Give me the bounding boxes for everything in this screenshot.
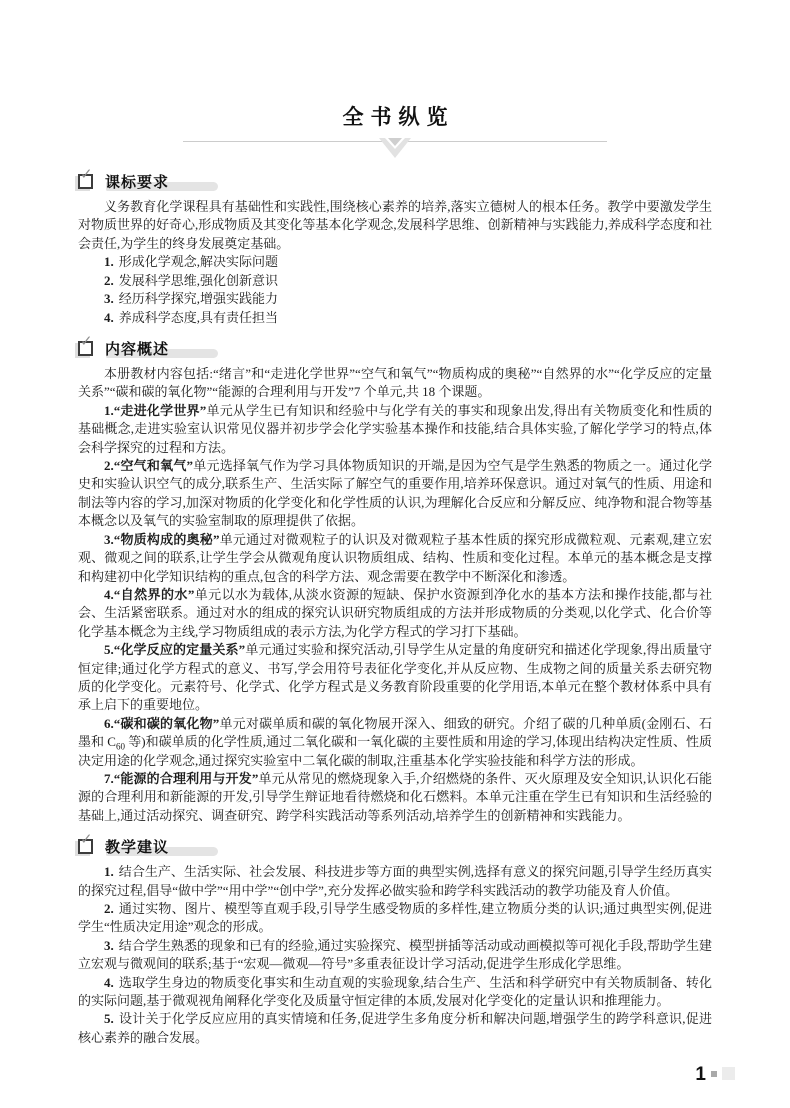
section-heading-label: 课标要求 [105,171,169,192]
checked-checkbox-icon: ✓ [78,174,93,189]
list-item: 1.形成化学观念,解决实际问题 [78,253,712,271]
paragraph-text: 选取学生身边的物质变化事实和生动直观的实验现象,结合生产、生活和科学研究中有关物… [78,975,712,1008]
list-text: 发展科学思维,强化创新意识 [119,273,278,288]
paragraph-unit-2: 2.“空气和氧气”单元选择氧气作为学习具体物质知识的开端,是因为空气是学生熟悉的… [78,457,712,531]
book-page: 全书纵览 ✓ 课标要求 义务教育化学课程具有基础性和实践性,围绕核心素养的培养,… [0,0,790,1108]
list-number: 2. [104,273,114,288]
section-heading: ✓ 教学建议 [78,836,712,857]
section-heading-label: 内容概述 [105,338,169,359]
paragraph-unit-7: 7.“能源的合理利用与开发”单元从常见的燃烧现象入手,介绍燃烧的条件、灭火原理及… [78,770,712,825]
paragraph-text: 结合生产、生活实际、社会发展、科技进步等方面的典型实例,选择有意义的探究问题,引… [78,864,712,897]
paragraph-number: 2. [104,901,114,916]
check-mark: ✓ [80,334,93,349]
paragraph-number: 4. [104,975,114,990]
section-heading: ✓ 课标要求 [78,171,712,192]
chevron-down-icon [375,138,415,162]
paragraph-suggestion-5: 5.设计关于化学反应应用的真实情境和任务,促进学生多角度分析和解决问题,增强学生… [78,1010,712,1047]
paragraph-suggestion-2: 2.通过实物、图片、模型等直观手段,引导学生感受物质的多样性,建立物质分类的认识… [78,900,712,937]
paragraph-number: 5. [104,1011,114,1026]
section-heading: ✓ 内容概述 [78,338,712,359]
paragraph-unit-5: 5.“化学反应的定量关系”单元通过实验和探究活动,引导学生从定量的角度研究和描述… [78,641,712,715]
list-item: 2.发展科学思维,强化创新意识 [78,272,712,290]
list-text: 养成科学态度,具有责任担当 [119,310,278,325]
footer-ornament-large-square [722,1067,735,1080]
section-curriculum-requirements: ✓ 课标要求 义务教育化学课程具有基础性和实践性,围绕核心素养的培养,落实立德树… [78,171,712,327]
paragraph-number: 1. [104,864,114,879]
paragraph-lead: 2.“空气和氧气” [104,458,193,473]
paragraph-text: 义务教育化学课程具有基础性和实践性,围绕核心素养的培养,落实立德树人的根本任务。… [78,199,712,251]
checked-checkbox-icon: ✓ [78,341,93,356]
paragraph-unit-1: 1.“走进化学世界”单元从学生已有知识和经验中与化学有关的事实和现象出发,得出有… [78,402,712,457]
page-title: 全书纵览 [0,0,790,131]
paragraph-text: 等)和碳单质的化学性质,通过二氧化碳和一氧化碳的主要性质和用途的学习,体现出结构… [78,734,712,767]
paragraph-lead: 4.“自然界的水” [104,587,194,602]
list-number: 4. [104,310,114,325]
paragraph-suggestion-4: 4.选取学生身边的物质变化事实和生动直观的实验现象,结合生产、生活和科学研究中有… [78,974,712,1011]
paragraph-number: 3. [104,938,114,953]
list-number: 1. [104,254,114,269]
title-divider [183,138,607,160]
list-number: 3. [104,291,114,306]
list-text: 形成化学观念,解决实际问题 [119,254,278,269]
check-mark: ✓ [80,832,93,847]
paragraph-lead: 3.“物质构成的奥秘” [104,532,219,547]
paragraph-lead: 5.“化学反应的定量关系” [104,642,245,657]
paragraph-text: 通过实物、图片、模型等直观手段,引导学生感受物质的多样性,建立物质分类的认识;通… [78,901,712,934]
paragraph-lead: 6.“碳和碳的氧化物” [104,716,219,731]
paragraph-lead: 7.“能源的合理利用与开发” [104,771,258,786]
paragraph-text: 结合学生熟悉的现象和已有的经验,通过实验探究、模型拼插等活动或动画模拟等可视化手… [78,938,712,971]
paragraph-suggestion-3: 3.结合学生熟悉的现象和已有的经验,通过实验探究、模型拼插等活动或动画模拟等可视… [78,937,712,974]
page-content: ✓ 课标要求 义务教育化学课程具有基础性和实践性,围绕核心素养的培养,落实立德树… [78,171,712,1047]
list-item: 3.经历科学探究,增强实践能力 [78,290,712,308]
paragraph-unit-4: 4.“自然界的水”单元以水为载体,从淡水资源的短缺、保护水资源到净化水的基本方法… [78,586,712,641]
page-number: 1 [695,1065,706,1084]
section-heading-label: 教学建议 [105,836,169,857]
check-mark: ✓ [80,167,93,182]
paragraph-text: 本册教材内容包括:“绪言”和“走进化学世界”“空气和氧气”“物质构成的奥秘”“自… [78,366,712,399]
list-item: 4.养成科学态度,具有责任担当 [78,309,712,327]
section-teaching-suggestions: ✓ 教学建议 1.结合生产、生活实际、社会发展、科技进步等方面的典型实例,选择有… [78,836,712,1047]
paragraph: 义务教育化学课程具有基础性和实践性,围绕核心素养的培养,落实立德树人的根本任务。… [78,198,712,253]
page-footer: 1 [695,1065,735,1084]
section-content-overview: ✓ 内容概述 本册教材内容包括:“绪言”和“走进化学世界”“空气和氧气”“物质构… [78,338,712,825]
paragraph-text: 设计关于化学反应应用的真实情境和任务,促进学生多角度分析和解决问题,增强学生的跨… [78,1011,712,1044]
subscript-60: 60 [116,742,125,752]
paragraph-suggestion-1: 1.结合生产、生活实际、社会发展、科技进步等方面的典型实例,选择有意义的探究问题… [78,863,712,900]
list-text: 经历科学探究,增强实践能力 [119,291,278,306]
paragraph: 本册教材内容包括:“绪言”和“走进化学世界”“空气和氧气”“物质构成的奥秘”“自… [78,365,712,402]
paragraph-unit-6: 6.“碳和碳的氧化物”单元对碳单质和碳的氧化物展开深入、细致的研究。介绍了碳的几… [78,715,712,770]
paragraph-unit-3: 3.“物质构成的奥秘”单元通过对微观粒子的认识及对微观粒子基本性质的探究形成微粒… [78,531,712,586]
footer-ornament-small-square [711,1071,717,1077]
paragraph-lead: 1.“走进化学世界” [104,403,206,418]
checked-checkbox-icon: ✓ [78,839,93,854]
